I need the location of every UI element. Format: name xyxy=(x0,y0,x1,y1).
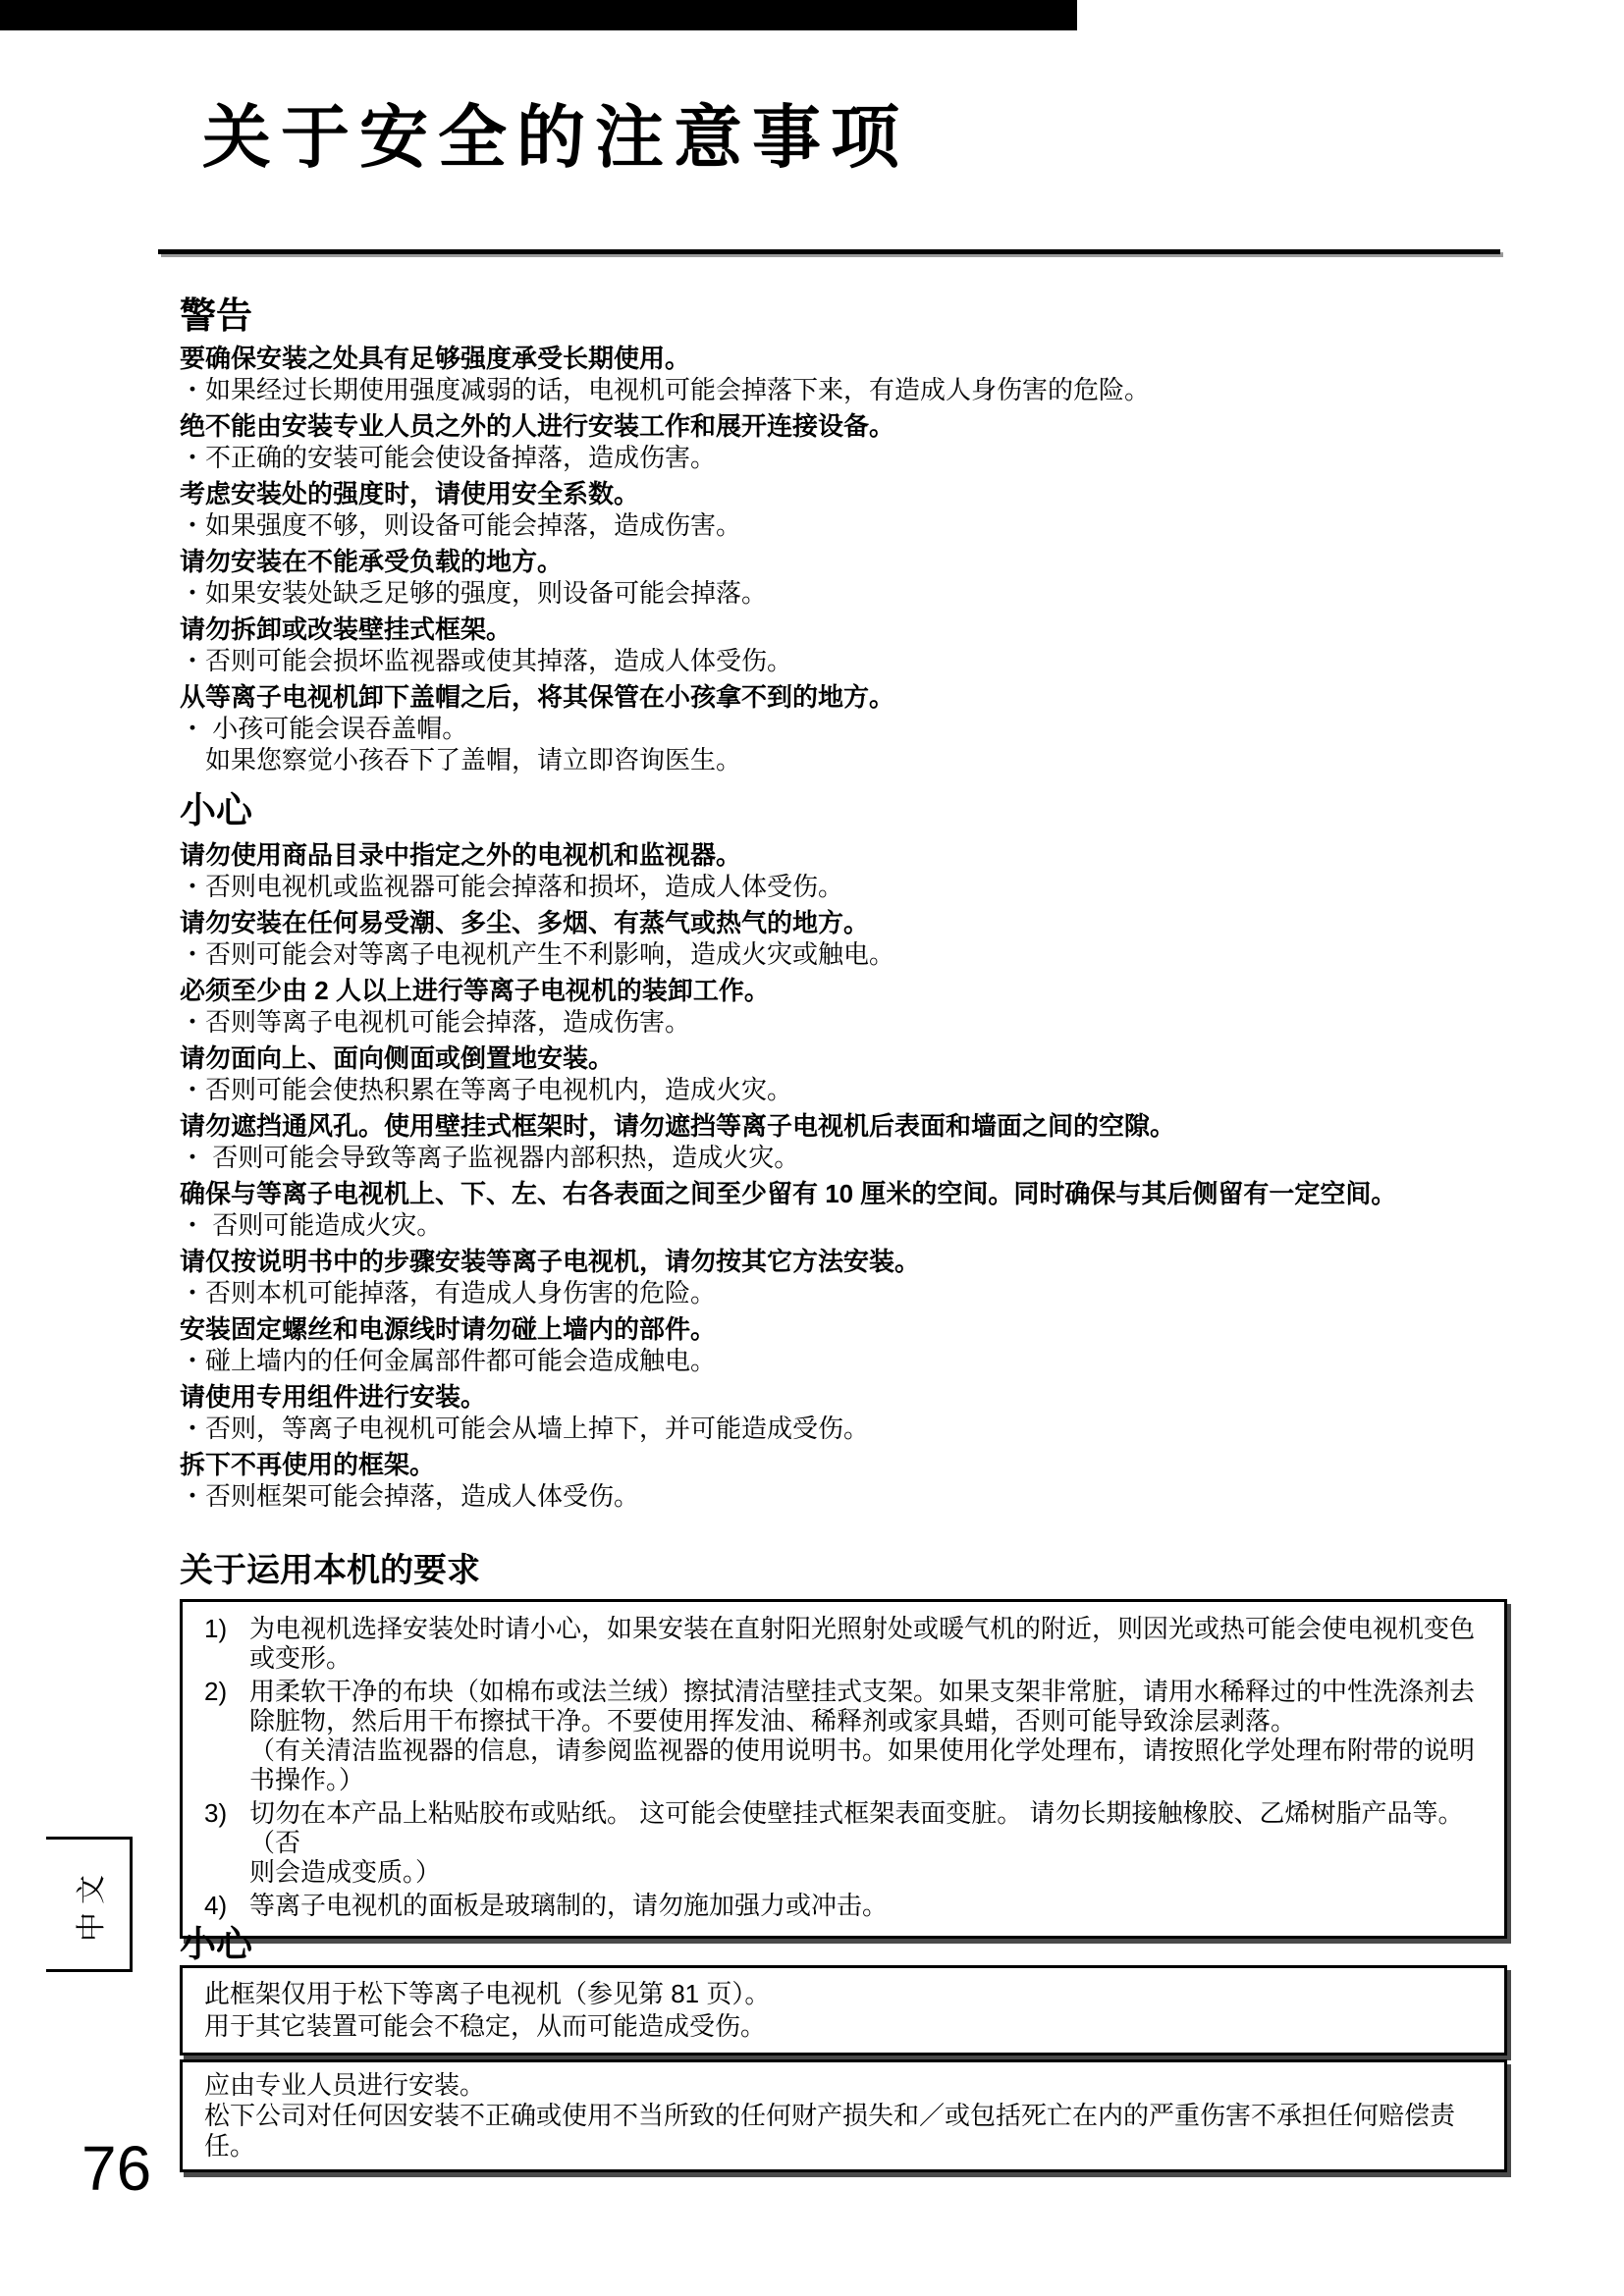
caution-item-desc: ・否则等离子电视机可能会掉落，造成伤害。 xyxy=(180,1006,1544,1038)
caution-item: 确保与等离子电视机上、下、左、右各表面之间至少留有 10 厘米的空间。同时确保与… xyxy=(180,1178,1544,1241)
title-rule xyxy=(158,249,1500,254)
requirement-number: 2) xyxy=(204,1677,249,1794)
page-title: 关于安全的注意事项 xyxy=(202,82,909,182)
caution-item: 请勿遮挡通风孔。使用壁挂式框架时，请勿遮挡等离子电视机后表面和墙面之间的空隙。 … xyxy=(180,1110,1544,1173)
caution-item-desc: ・ 否则可能会导致等离子监视器内部积热，造成火灾。 xyxy=(180,1142,1544,1173)
caution-item-desc: ・碰上墙内的任何金属部件都可能会造成触电。 xyxy=(180,1345,1544,1376)
caution-item: 请勿使用商品目录中指定之外的电视机和监视器。 ・否则电视机或监视器可能会掉落和损… xyxy=(180,839,1544,902)
caution-item: 拆下不再使用的框架。 ・否则框架可能会掉落，造成人体受伤。 xyxy=(180,1449,1544,1512)
warning-item-desc: ・如果经过长期使用强度减弱的话，电视机可能会掉落下来，有造成人身伤害的危险。 xyxy=(180,374,1544,405)
requirement-item: 4) 等离子电视机的面板是玻璃制的，请勿施加强力或冲击。 xyxy=(204,1891,1483,1920)
installer-note-text: 应由专业人员进行安装。 松下公司对任何因安装不正确或使用不当所致的任何财产损失和… xyxy=(204,2070,1483,2162)
frame-note-box: 此框架仅用于松下等离子电视机（参见第 81 页）。 用于其它装置可能会不稳定，从… xyxy=(180,1965,1507,2056)
caution-item: 安装固定螺丝和电源线时请勿碰上墙内的部件。 ・碰上墙内的任何金属部件都可能会造成… xyxy=(180,1313,1544,1376)
caution-item-title: 必须至少由 2 人以上进行等离子电视机的装卸工作。 xyxy=(180,975,1544,1006)
caution-list: 请勿使用商品目录中指定之外的电视机和监视器。 ・否则电视机或监视器可能会掉落和损… xyxy=(180,839,1544,1517)
header-bar xyxy=(0,0,1077,30)
warning-item: 请勿安装在不能承受负载的地方。 ・如果安装处缺乏足够的强度，则设备可能会掉落。 xyxy=(180,546,1544,609)
requirement-text: 用柔软干净的布块（如棉布或法兰绒）擦拭清洁壁挂式支架。如果支架非常脏，请用水稀释… xyxy=(249,1677,1475,1794)
caution-item-title: 请勿面向上、面向侧面或倒置地安装。 xyxy=(180,1042,1544,1074)
warning-item-title: 要确保安装之处具有足够强度承受长期使用。 xyxy=(180,343,1544,374)
language-side-tab: 中文 xyxy=(46,1837,133,1972)
caution-item: 请勿安装在任何易受潮、多尘、多烟、有蒸气或热气的地方。 ・否则可能会对等离子电视… xyxy=(180,907,1544,970)
warning-heading: 警告 xyxy=(180,286,252,339)
caution-item: 请勿面向上、面向侧面或倒置地安装。 ・否则可能会使热积累在等离子电视机内，造成火… xyxy=(180,1042,1544,1105)
warning-item-title: 绝不能由安装专业人员之外的人进行安装工作和展开连接设备。 xyxy=(180,410,1544,442)
caution-item-title: 拆下不再使用的框架。 xyxy=(180,1449,1544,1480)
installer-note-box: 应由专业人员进行安装。 松下公司对任何因安装不正确或使用不当所致的任何财产损失和… xyxy=(180,2059,1507,2172)
requirement-number: 3) xyxy=(204,1798,249,1887)
warning-item: 请勿拆卸或改装壁挂式框架。 ・否则可能会损坏监视器或使其掉落，造成人体受伤。 xyxy=(180,614,1544,676)
caution2-heading: 小心 xyxy=(180,1914,252,1967)
manual-page: 关于安全的注意事项 警告 要确保安装之处具有足够强度承受长期使用。 ・如果经过长… xyxy=(0,0,1624,2296)
caution-item-desc: ・否则本机可能掉落，有造成人身伤害的危险。 xyxy=(180,1277,1544,1308)
caution-item-desc: ・否则可能会对等离子电视机产生不利影响，造成火灾或触电。 xyxy=(180,938,1544,970)
caution-item-desc: ・否则电视机或监视器可能会掉落和损坏，造成人体受伤。 xyxy=(180,871,1544,902)
warning-item: 绝不能由安装专业人员之外的人进行安装工作和展开连接设备。 ・不正确的安装可能会使… xyxy=(180,410,1544,473)
caution-item-title: 请勿使用商品目录中指定之外的电视机和监视器。 xyxy=(180,839,1544,871)
requirements-heading: 关于运用本机的要求 xyxy=(180,1543,480,1591)
warning-item-desc: ・如果安装处缺乏足够的强度，则设备可能会掉落。 xyxy=(180,577,1544,609)
requirement-text: 等离子电视机的面板是玻璃制的，请勿施加强力或冲击。 xyxy=(249,1891,888,1920)
requirement-item: 1) 为电视机选择安装处时请小心，如果安装在直射阳光照射处或暖气机的附近，则因光… xyxy=(204,1614,1483,1673)
caution-item-title: 请仅按说明书中的步骤安装等离子电视机，请勿按其它方法安装。 xyxy=(180,1246,1544,1277)
caution-item-desc: ・否则可能会使热积累在等离子电视机内，造成火灾。 xyxy=(180,1074,1544,1105)
requirement-text: 为电视机选择安装处时请小心，如果安装在直射阳光照射处或暖气机的附近，则因光或热可… xyxy=(249,1614,1475,1673)
warning-item-title: 请勿拆卸或改装壁挂式框架。 xyxy=(180,614,1544,645)
warning-item: 考虑安装处的强度时，请使用安全系数。 ・如果强度不够，则设备可能会掉落，造成伤害… xyxy=(180,478,1544,541)
caution-item-title: 请勿安装在任何易受潮、多尘、多烟、有蒸气或热气的地方。 xyxy=(180,907,1544,938)
caution-item-title: 确保与等离子电视机上、下、左、右各表面之间至少留有 10 厘米的空间。同时确保与… xyxy=(180,1178,1544,1209)
warning-item: 要确保安装之处具有足够强度承受长期使用。 ・如果经过长期使用强度减弱的话，电视机… xyxy=(180,343,1544,405)
warning-item-desc: ・不正确的安装可能会使设备掉落，造成伤害。 xyxy=(180,442,1544,473)
warning-item-title: 请勿安装在不能承受负载的地方。 xyxy=(180,546,1544,577)
warning-item-desc: ・否则可能会损坏监视器或使其掉落，造成人体受伤。 xyxy=(180,645,1544,676)
caution-item-title: 安装固定螺丝和电源线时请勿碰上墙内的部件。 xyxy=(180,1313,1544,1345)
caution-item-desc: ・ 否则可能造成火灾。 xyxy=(180,1209,1544,1241)
caution-item-title: 请勿遮挡通风孔。使用壁挂式框架时，请勿遮挡等离子电视机后表面和墙面之间的空隙。 xyxy=(180,1110,1544,1142)
frame-note-text: 此框架仅用于松下等离子电视机（参见第 81 页）。 用于其它装置可能会不稳定，从… xyxy=(204,1978,1483,2043)
requirements-box: 1) 为电视机选择安装处时请小心，如果安装在直射阳光照射处或暖气机的附近，则因光… xyxy=(180,1599,1507,1939)
warning-item-title: 考虑安装处的强度时，请使用安全系数。 xyxy=(180,478,1544,509)
language-side-tab-label: 中文 xyxy=(67,1867,110,1942)
caution-item-desc: ・否则，等离子电视机可能会从墙上掉下，并可能造成受伤。 xyxy=(180,1413,1544,1444)
caution-item: 必须至少由 2 人以上进行等离子电视机的装卸工作。 ・否则等离子电视机可能会掉落… xyxy=(180,975,1544,1038)
requirement-number: 1) xyxy=(204,1614,249,1673)
caution-item: 请仅按说明书中的步骤安装等离子电视机，请勿按其它方法安装。 ・否则本机可能掉落，… xyxy=(180,1246,1544,1308)
caution-heading: 小心 xyxy=(180,780,252,833)
warning-item-desc: ・ 小孩可能会误吞盖帽。 如果您察觉小孩吞下了盖帽，请立即咨询医生。 xyxy=(180,713,1544,775)
caution-item-title: 请使用专用组件进行安装。 xyxy=(180,1381,1544,1413)
caution-item: 请使用专用组件进行安装。 ・否则，等离子电视机可能会从墙上掉下，并可能造成受伤。 xyxy=(180,1381,1544,1444)
page-number: 76 xyxy=(81,2132,151,2205)
warning-item-desc: ・如果强度不够，则设备可能会掉落，造成伤害。 xyxy=(180,509,1544,541)
requirement-item: 3) 切勿在本产品上粘贴胶布或贴纸。 这可能会使壁挂式框架表面变脏。 请勿长期接… xyxy=(204,1798,1483,1887)
caution-item-desc: ・否则框架可能会掉落，造成人体受伤。 xyxy=(180,1480,1544,1512)
requirement-item: 2) 用柔软干净的布块（如棉布或法兰绒）擦拭清洁壁挂式支架。如果支架非常脏，请用… xyxy=(204,1677,1483,1794)
warning-list: 要确保安装之处具有足够强度承受长期使用。 ・如果经过长期使用强度减弱的话，电视机… xyxy=(180,343,1544,780)
warning-item-title: 从等离子电视机卸下盖帽之后，将其保管在小孩拿不到的地方。 xyxy=(180,681,1544,713)
warning-item: 从等离子电视机卸下盖帽之后，将其保管在小孩拿不到的地方。 ・ 小孩可能会误吞盖帽… xyxy=(180,681,1544,775)
requirement-text: 切勿在本产品上粘贴胶布或贴纸。 这可能会使壁挂式框架表面变脏。 请勿长期接触橡胶… xyxy=(249,1798,1483,1887)
